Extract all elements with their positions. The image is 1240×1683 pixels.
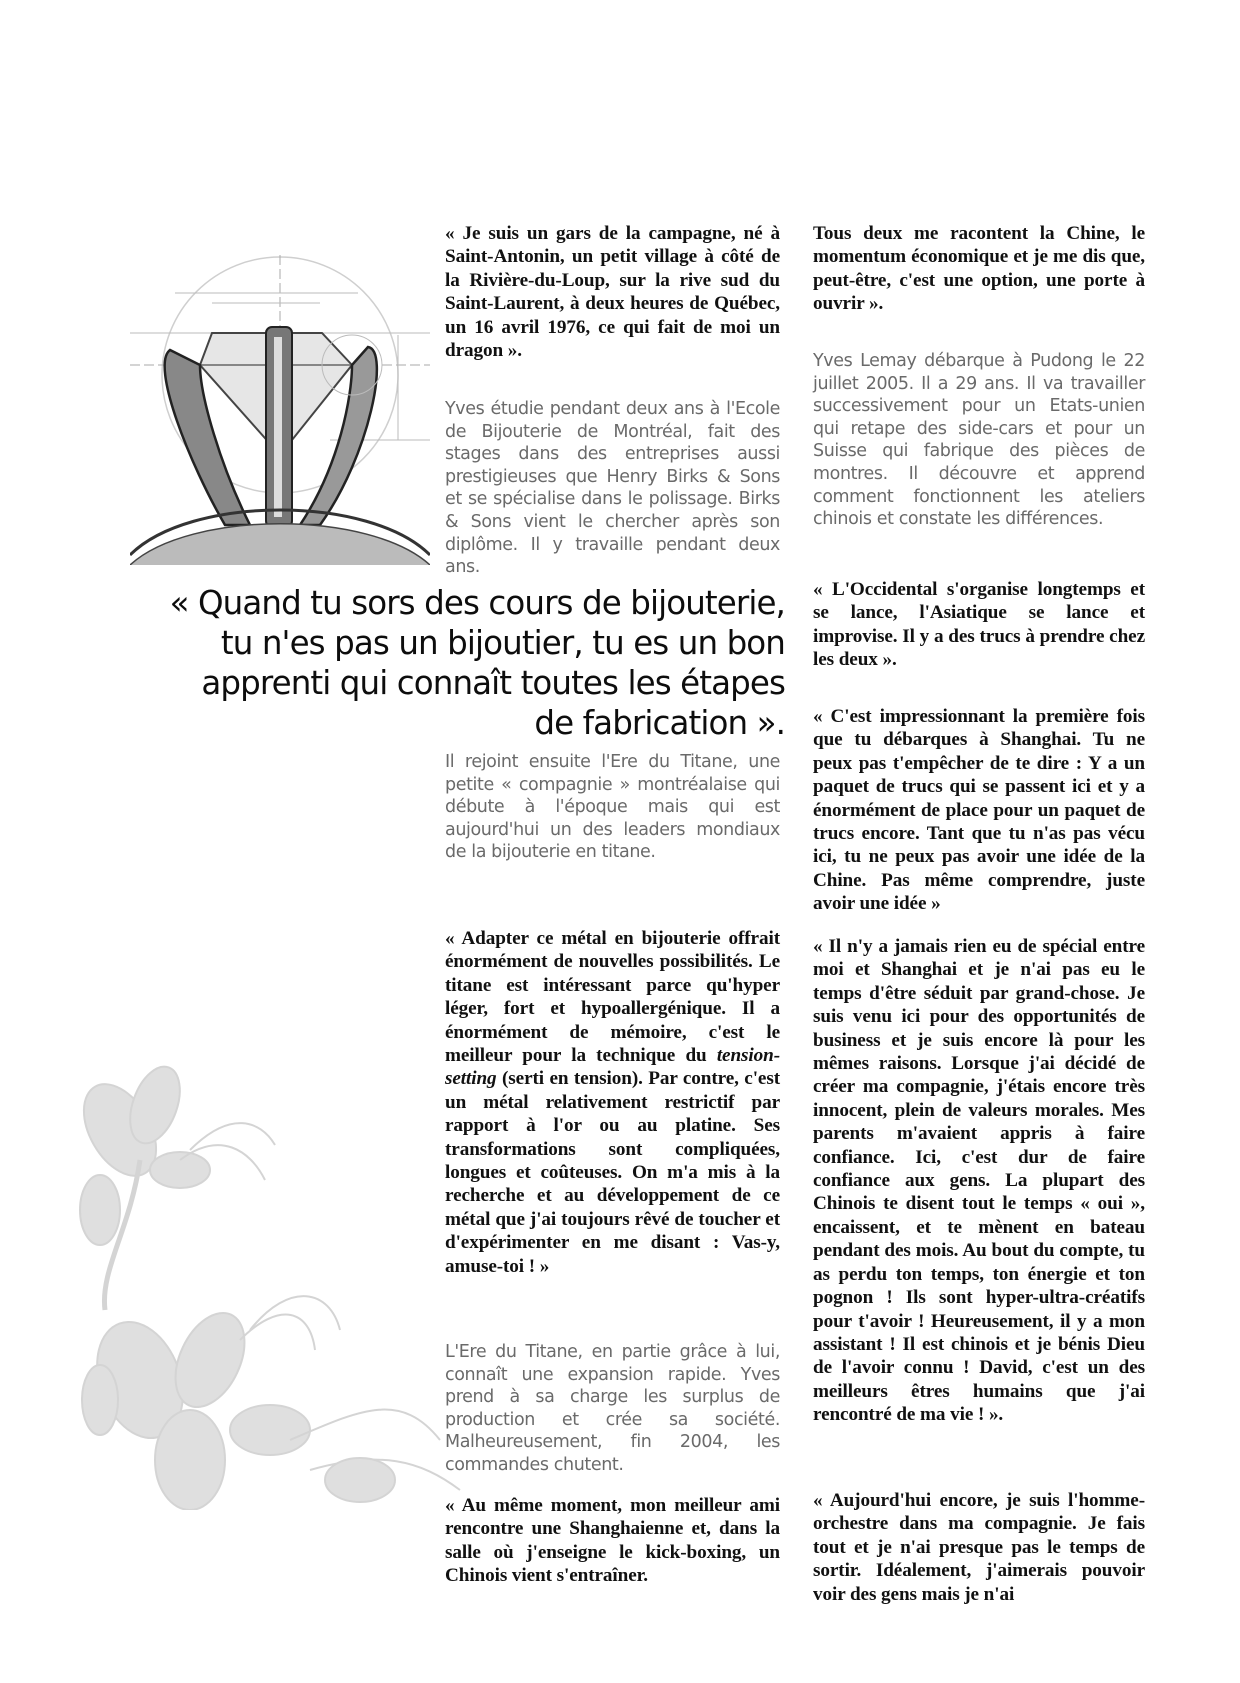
paragraph: « Il n'y a jamais rien eu de spécial ent… [813, 935, 1145, 1427]
left-column-p6: « Au même moment, mon meilleur ami renco… [445, 1494, 780, 1588]
left-column-p4: « Adapter ce métal en bijouterie offrait… [445, 927, 780, 1278]
left-column-p5: L'Ere du Titane, en partie grâce à lui, … [445, 1341, 780, 1477]
pull-quote: « Quand tu sors des cours de bijouterie,… [125, 583, 785, 743]
pull-quote-line: tu n'es pas un bijoutier, tu es un bon [125, 623, 785, 663]
paragraph: Yves Lemay débarque à Pudong le 22 juill… [813, 350, 1145, 531]
pull-quote-line: apprenti qui connaît toutes les étapes [125, 663, 785, 703]
right-column-p5: « Il n'y a jamais rien eu de spécial ent… [813, 935, 1145, 1427]
paragraph: « Adapter ce métal en bijouterie offrait… [445, 927, 780, 1278]
paragraph: Il rejoint ensuite l'Ere du Titane, une … [445, 751, 780, 864]
pull-quote-line: de fabrication ». [125, 703, 785, 743]
left-column-p2: Yves étudie pendant deux ans à l'Ecole d… [445, 398, 780, 579]
left-column-p3: Il rejoint ensuite l'Ere du Titane, une … [445, 751, 780, 864]
floral-background-illustration [60, 1010, 480, 1510]
right-column-p3: « L'Occidental s'organise longtemps et s… [813, 578, 1145, 672]
pull-quote-line: « Quand tu sors des cours de bijouterie, [125, 583, 785, 623]
paragraph: Tous deux me racontent la Chine, le mome… [813, 222, 1145, 316]
right-column-p2: Yves Lemay débarque à Pudong le 22 juill… [813, 350, 1145, 531]
paragraph: « Je suis un gars de la campagne, né à S… [445, 222, 780, 362]
paragraph: « Au même moment, mon meilleur ami renco… [445, 1494, 780, 1588]
paragraph: « L'Occidental s'organise longtemps et s… [813, 578, 1145, 672]
right-column-p6: « Aujourd'hui encore, je suis l'homme-or… [813, 1489, 1145, 1606]
paragraph: Yves étudie pendant deux ans à l'Ecole d… [445, 398, 780, 579]
left-column: « Je suis un gars de la campagne, né à S… [445, 222, 780, 362]
paragraph: « C'est impressionnant la première fois … [813, 705, 1145, 916]
paragraph: L'Ere du Titane, en partie grâce à lui, … [445, 1341, 780, 1477]
magazine-page: « Je suis un gars de la campagne, né à S… [0, 0, 1240, 1683]
right-column-p4: « C'est impressionnant la première fois … [813, 705, 1145, 916]
ring-sketch-illustration [130, 255, 430, 565]
paragraph: « Aujourd'hui encore, je suis l'homme-or… [813, 1489, 1145, 1606]
right-column-p1: Tous deux me racontent la Chine, le mome… [813, 222, 1145, 316]
text-span: (serti en tension). Par contre, c'est un… [445, 1068, 780, 1276]
